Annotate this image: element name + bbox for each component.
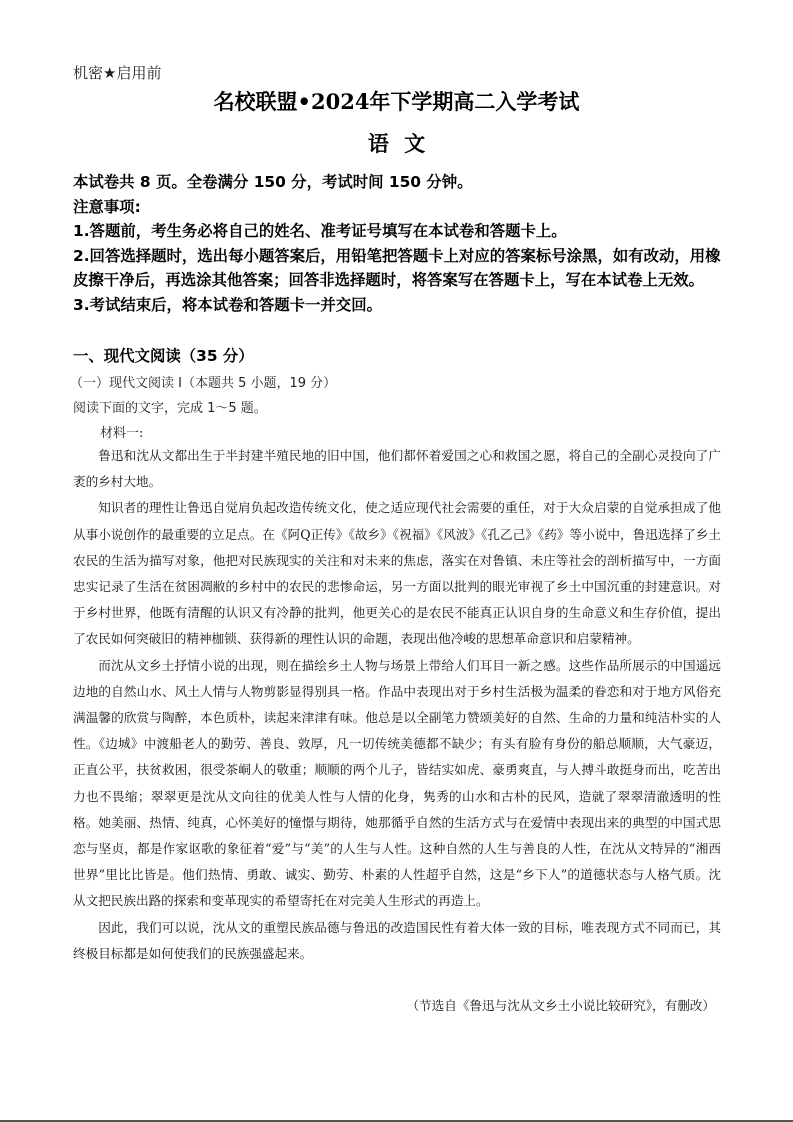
material-label: 材料一: — [100, 422, 143, 441]
passage-source: （节选自《鲁迅与沈从文乡土小说比较研究》，有删改） — [406, 995, 715, 1014]
exam-page: 机密★启用前 名校联盟•2024年下学期高二入学考试 语 文 本试卷共 8 页。… — [0, 0, 793, 1122]
section-title: 一、现代文阅读（35 分） — [73, 344, 254, 366]
passage-paragraph: 知识者的理性让鲁迅自觉肩负起改造传统文化，使之适应现代社会需要的重任，对于大众启… — [73, 495, 721, 652]
subject-title: 语 文 — [0, 128, 793, 158]
sub-section-title: （一）现代文阅读 I（本题共 5 小题，19 分） — [70, 372, 336, 391]
reading-passage: 鲁迅和沈从文都出生于半封建半殖民地的旧中国，他们都怀着爱国之心和救国之愿，将自己… — [73, 443, 721, 967]
notice-item: 2.回答选择题时，选出每小题答案后，用铅笔把答题卡上对应的答案标号涂黑，如有改动… — [73, 244, 723, 293]
notice-item: 1.答题前，考生务必将自己的姓名、准考证号填写在本试卷和答题卡上。 — [73, 219, 723, 244]
passage-paragraph: 而沈从文乡土抒情小说的出现，则在描绘乡土人物与场景上带给人们耳目一新之感。这些作… — [73, 653, 721, 915]
exam-title: 名校联盟•2024年下学期高二入学考试 — [0, 86, 793, 116]
confidential-label: 机密★启用前 — [73, 62, 161, 83]
reading-instruction: 阅读下面的文字，完成 1～5 题。 — [73, 397, 267, 416]
notice-item: 3.考试结束后，将本试卷和答题卡一并交回。 — [73, 293, 723, 318]
exam-notice: 本试卷共 8 页。全卷满分 150 分，考试时间 150 分钟。 注意事项: 1… — [73, 170, 723, 317]
notice-heading: 注意事项: — [73, 195, 723, 220]
passage-paragraph: 因此，我们可以说，沈从文的重塑民族品德与鲁迅的改造国民性有着大体一致的目标，唯表… — [73, 915, 721, 967]
passage-paragraph: 鲁迅和沈从文都出生于半封建半殖民地的旧中国，他们都怀着爱国之心和救国之愿，将自己… — [73, 443, 721, 495]
notice-summary: 本试卷共 8 页。全卷满分 150 分，考试时间 150 分钟。 — [73, 170, 723, 195]
